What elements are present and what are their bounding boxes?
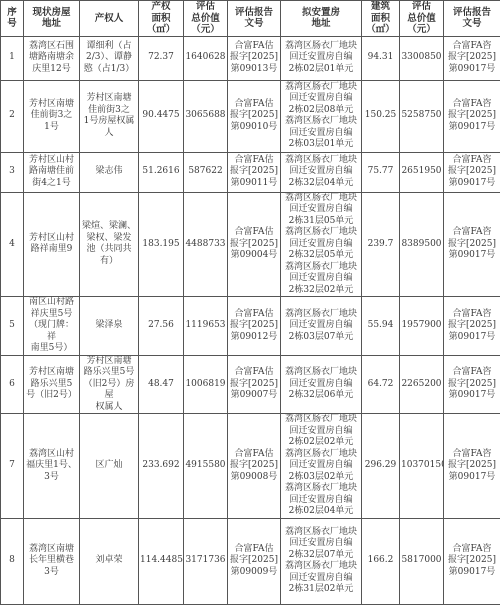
cell-resettlement-value: 5258750	[400, 80, 444, 152]
cell-current-address: 芳村区南塘 佳前街3之 1号	[24, 80, 80, 152]
cell-no: 4	[1, 192, 24, 297]
cell-no: 8	[1, 518, 24, 522]
header-report-no: 评估报告 文号	[228, 1, 281, 37]
header-assessed-value: 评估 总价值 （元）	[184, 1, 228, 37]
cell-resettlement-value: 5817000	[400, 518, 444, 522]
cell-property-area: 72.37	[139, 36, 184, 80]
cell-owner: 芳村区南塘 路乐兴里5号 （旧2号）房屋 权属人	[80, 355, 139, 414]
cell-report-no: 合富FA估 报字[2025] 第09013号	[228, 36, 281, 80]
cell-property-area: 51.2616	[139, 152, 184, 192]
header-building-area: 建筑 面积 （㎡）	[362, 1, 400, 37]
cell-no: 5	[1, 297, 24, 356]
cell-assessed-value: 3171736	[184, 518, 228, 522]
cell-owner: 刘卓荣	[80, 518, 139, 522]
cell-building-area: 239.7	[362, 192, 400, 297]
cell-assessed-value: 4488733	[184, 192, 228, 297]
cell-building-area: 64.72	[362, 355, 400, 414]
cell-resettlement-report-no: 合富FA咨 报字[2025] 第09017号	[444, 192, 500, 297]
cell-current-address: 芳村区山村 路南塘佳前 街4之1号	[24, 152, 80, 192]
header-resettlement-address: 拟安置房 地址	[281, 1, 362, 37]
cell-resettlement-value: 3300850	[400, 36, 444, 80]
cell-property-area: 90.4475	[139, 80, 184, 152]
table-row: 3 芳村区山村 路南塘佳前 街4之1号 梁志伟 51.2616 587622 合…	[1, 152, 500, 192]
cell-resettlement-address: 荔湾区肠衣厂地块 回迁安置房自编 2栋32层06单元	[281, 355, 362, 414]
cell-property-area: 183.195	[139, 192, 184, 297]
cell-owner: 梁志伟	[80, 152, 139, 192]
cell-owner: 区广灿	[80, 414, 139, 519]
table-row: 2 芳村区南塘 佳前街3之 1号 芳村区南塘 佳前街3之 1号房屋权属 人 90…	[1, 80, 500, 152]
cell-resettlement-report-no: 合富FA咨 报字[2025] 第09017号	[444, 297, 500, 356]
cell-resettlement-value: 2651950	[400, 152, 444, 192]
cell-resettlement-address: 荔湾区肠衣厂地块 回迁安置房自编 2栋02层08单元 荔湾区肠衣厂地块 回迁安置…	[281, 80, 362, 152]
table-row: 4 芳村区山村 路祥南里9 梁煊、梁澜、 梁权、梁发 池（共同共 有） 183.…	[1, 192, 500, 297]
cell-report-no: 合富FA估 报字[2025] 第09007号	[228, 355, 281, 414]
cell-resettlement-report-no: 合富FA咨 报字[2025] 第09017号	[444, 414, 500, 519]
table-row: 5 南区山村路 祥庆里5号 （现门牌：祥 南里5号） 梁泽泉 27.56 111…	[1, 297, 500, 356]
cell-resettlement-address: 荔湾区肠衣厂地块 回迁安置房自编 2栋02层02单元 荔湾区肠衣厂地块 回迁安置…	[281, 414, 362, 519]
cell-assessed-value: 587622	[184, 152, 228, 192]
cell-resettlement-report-no: 合富FA咨 报字[2025] 第09017号	[444, 152, 500, 192]
header-owner: 产权人	[80, 1, 139, 37]
cell-current-address: 芳村区南塘 路乐兴里5 号（旧2号）	[24, 355, 80, 414]
table-row: 6 芳村区南塘 路乐兴里5 号（旧2号） 芳村区南塘 路乐兴里5号 （旧2号）房…	[1, 355, 500, 414]
cell-resettlement-report-no: 合富FA咨 报字[2025] 第09017号	[444, 355, 500, 414]
cell-report-no: 合富FA估 报字[2025] 第09008号	[228, 414, 281, 519]
cell-report-no: 合富FA估 报字[2025] 第09010号	[228, 80, 281, 152]
cell-building-area: 166.2	[362, 518, 400, 522]
cell-property-area: 233.692	[139, 414, 184, 519]
cell-resettlement-value: 1957900	[400, 297, 444, 356]
cell-no: 1	[1, 36, 24, 80]
cell-owner: 谭细利（占 2/3）、谭静 愍（占1/3）	[80, 36, 139, 80]
cell-property-area: 48.47	[139, 355, 184, 414]
cell-building-area: 150.25	[362, 80, 400, 152]
cell-assessed-value: 1119653	[184, 297, 228, 356]
cell-resettlement-report-no: 合富FA咨 报字[2025] 第09017号	[444, 80, 500, 152]
header-resettlement-report-no: 评估报告 文号	[444, 1, 500, 37]
cell-building-area: 75.77	[362, 152, 400, 192]
cell-building-area: 55.94	[362, 297, 400, 356]
cell-owner: 芳村区南塘 佳前街3之 1号房屋权属 人	[80, 80, 139, 152]
cell-resettlement-address: 荔湾区肠衣厂地块 回迁安置房自编 2栋31层05单元 荔湾区肠衣厂地块 回迁安置…	[281, 192, 362, 297]
cell-property-area: 27.56	[139, 297, 184, 356]
cell-current-address: 荔湾区石围 塘路南塘余 庆里12号	[24, 36, 80, 80]
table-row: 8 荔湾区南塘 长年里横巷 3号 刘卓荣 114.4485 3171736 合富…	[1, 518, 500, 522]
header-current-address: 现状房屋 地址	[24, 1, 80, 37]
cell-building-area: 94.31	[362, 36, 400, 80]
cell-property-area: 114.4485	[139, 518, 184, 522]
header-row: 序 号 现状房屋 地址 产权人 产权 面积 （㎡） 评估 总价值 （元） 评估报…	[1, 1, 500, 37]
cell-resettlement-value: 2265200	[400, 355, 444, 414]
cell-resettlement-address: 荔湾区肠衣厂地块 回迁安置房自编 2栋03层07单元	[281, 297, 362, 356]
cell-no: 7	[1, 414, 24, 519]
cell-resettlement-report-no: 合富FA咨 报字[2025] 第09017号	[444, 36, 500, 80]
cell-building-area: 296.29	[362, 414, 400, 519]
cell-no: 3	[1, 152, 24, 192]
header-resettlement-value: 评估 总价值 （元）	[400, 1, 444, 37]
cell-no: 2	[1, 80, 24, 152]
cell-resettlement-value: 10370150	[400, 414, 444, 519]
cell-current-address: 芳村区山村 路祥南里9	[24, 192, 80, 297]
header-property-area: 产权 面积 （㎡）	[139, 1, 184, 37]
header-no: 序 号	[1, 1, 24, 37]
cell-report-no: 合富FA估 报字[2025] 第09012号	[228, 297, 281, 356]
cell-current-address: 南区山村路 祥庆里5号 （现门牌：祥 南里5号）	[24, 297, 80, 356]
cell-assessed-value: 4915580	[184, 414, 228, 519]
cell-current-address: 荔湾区南塘 长年里横巷 3号	[24, 518, 80, 522]
cell-owner: 梁煊、梁澜、 梁权、梁发 池（共同共 有）	[80, 192, 139, 297]
cell-assessed-value: 1006819	[184, 355, 228, 414]
table-row: 7 荔湾区山村 福庆里1号、 3号 区广灿 233.692 4915580 合富…	[1, 414, 500, 519]
cell-resettlement-address: 荔湾区肠衣厂地块 回迁安置房自编 2栋32层04单元	[281, 152, 362, 192]
cell-resettlement-address: 荔湾区肠衣厂地块 回迁安置房自编 2栋32层07单元 荔湾区肠衣厂地块 回迁安置…	[281, 518, 362, 522]
resettlement-table: 序 号 现状房屋 地址 产权人 产权 面积 （㎡） 评估 总价值 （元） 评估报…	[0, 0, 500, 522]
cell-assessed-value: 1640628	[184, 36, 228, 80]
cell-resettlement-value: 8389500	[400, 192, 444, 297]
cell-owner: 梁泽泉	[80, 297, 139, 356]
cell-current-address: 荔湾区山村 福庆里1号、 3号	[24, 414, 80, 519]
cell-resettlement-report-no: 合富FA咨 报字[2025] 第09017号	[444, 518, 500, 522]
cell-assessed-value: 3065688	[184, 80, 228, 152]
cell-report-no: 合富FA估 报字[2025] 第09009号	[228, 518, 281, 522]
table-row: 1 荔湾区石围 塘路南塘余 庆里12号 谭细利（占 2/3）、谭静 愍（占1/3…	[1, 36, 500, 80]
cell-no: 6	[1, 355, 24, 414]
cell-report-no: 合富FA估 报字[2025] 第09004号	[228, 192, 281, 297]
cell-resettlement-address: 荔湾区肠衣厂地块 回迁安置房自编 2栋02层01单元	[281, 36, 362, 80]
cell-report-no: 合富FA估 报字[2025] 第09011号	[228, 152, 281, 192]
